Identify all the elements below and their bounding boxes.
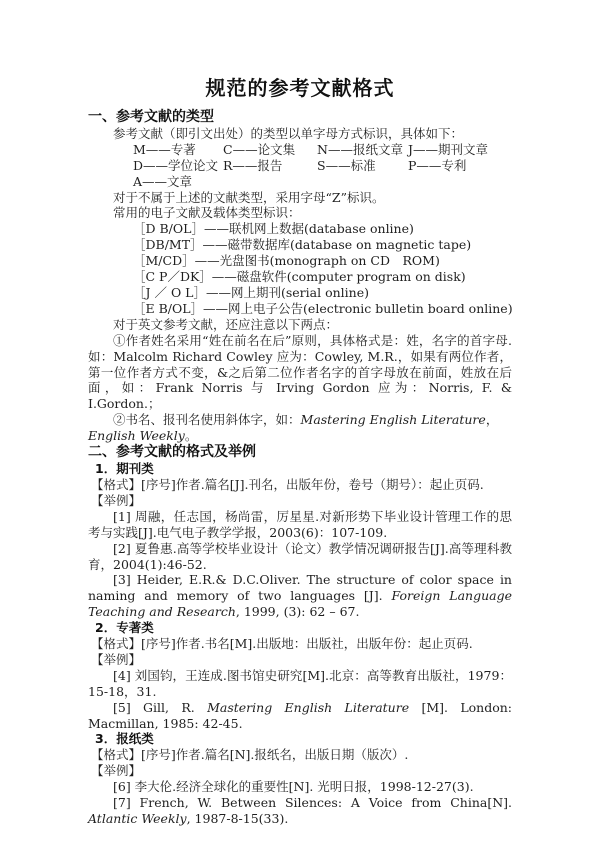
english-rule-author-names: ①作者姓名采用“姓在前名在后”原则，具体格式是：姓，名字的首字母. 如：Malc… — [88, 333, 512, 413]
entry-5-book-title: Mastering English Literature — [207, 700, 409, 715]
electronic-item-dbmt: ［DB/MT］——磁带数据库(database on magnetic tape… — [88, 237, 512, 253]
type-code-c: C——论文集 — [223, 142, 295, 158]
english-note-intro: 对于英文参考文献，还应注意以下两点： — [88, 317, 512, 333]
entry-7-text: [7] French, W. Between Silences: A Voice… — [113, 795, 512, 810]
italics-rule-prefix: ②书名、报刊名使用斜体字，如： — [113, 412, 301, 427]
reference-entry-6: [6] 李大伦.经济全球化的重要性[N]. 光明日报，1998-12-27(3)… — [88, 779, 512, 795]
type-code-p: P——专利 — [408, 158, 466, 174]
monograph-format-text: [序号]作者.书名[M].出版地：出版社，出版年份：起止页码. — [141, 636, 473, 651]
entry-6-text: [6] 李大伦.经济全球化的重要性[N]. 光明日报，1998-12-27(3)… — [113, 779, 474, 794]
type-code-d: D——学位论文 — [133, 158, 218, 174]
type-letter-row-1: M——专著 C——论文集 N——报纸文章 J——期刊文章 — [88, 142, 512, 158]
journal-format-line: 【格式】[序号]作者.篇名[J].刊名，出版年份，卷号（期号）：起止页码. — [88, 477, 512, 493]
entry-4-text: [4] 刘国钧，王连成.图书馆史研究[M].北京：高等教育出版社，1979：15… — [88, 668, 512, 699]
monograph-format-line: 【格式】[序号]作者.书名[M].出版地：出版社，出版年份：起止页码. — [88, 636, 512, 652]
entry-2-text: [2] 夏鲁惠.高等学校毕业设计（论文）教学情况调研报告[J].高等理科教育，2… — [88, 541, 512, 572]
subsection-title-newspaper: 3．报纸类 — [88, 731, 512, 747]
reference-entry-2: [2] 夏鲁惠.高等学校毕业设计（论文）教学情况调研报告[J].高等理科教育，2… — [88, 541, 512, 573]
journal-example-label: 【举例】 — [88, 493, 512, 509]
italic-example-title-1: Mastering English Literature — [301, 412, 486, 427]
section1-heading: 一、参考文献的类型 — [88, 109, 512, 126]
document-page: 规范的参考文献格式 一、参考文献的类型 参考文献（即引文出处）的类型以单字母方式… — [0, 0, 600, 850]
section2-heading: 二、参考文献的格式及举例 — [88, 444, 512, 461]
type-code-j: J——期刊文章 — [408, 142, 488, 158]
newspaper-example-label: 【举例】 — [88, 763, 512, 779]
format-label: 【格式】 — [91, 477, 141, 492]
format-label: 【格式】 — [91, 636, 141, 651]
electronic-item-dbol: ［D B/OL］——联机网上数据(database online) — [88, 221, 512, 237]
type-code-n: N——报纸文章 — [317, 142, 403, 158]
type-code-s: S——标准 — [317, 158, 376, 174]
italics-rule-separator: ， — [486, 412, 499, 427]
italics-rule-suffix: 。 — [185, 428, 198, 443]
subsection-title-monograph: 2．专著类 — [88, 620, 512, 636]
electronic-intro: 常用的电子文献及载体类型标识： — [88, 205, 512, 221]
monograph-example-label: 【举例】 — [88, 652, 512, 668]
entry-3-pages: , 1999, (3): 62 – 67. — [236, 604, 360, 619]
type-letter-row-3: A——文章 — [88, 174, 512, 190]
format-label: 【格式】 — [91, 747, 141, 762]
type-letter-row-2: D——学位论文 R——报告 S——标准 P——专利 — [88, 158, 512, 174]
entry-5-text: [5] Gill, R. — [113, 700, 207, 715]
electronic-item-mcd: ［M/CD］——光盘图书(monograph on CD ROM) — [88, 253, 512, 269]
entry-7-date: , 1987-8-15(33). — [187, 811, 289, 826]
type-code-m: M——专著 — [133, 142, 196, 158]
entry-1-text: [1] 周融，任志国，杨尚雷，厉星星.对新形势下毕业设计管理工作的思考与实践[J… — [88, 509, 512, 540]
reference-entry-4: [4] 刘国钧，王连成.图书馆史研究[M].北京：高等教育出版社，1979：15… — [88, 668, 512, 700]
document-title: 规范的参考文献格式 — [88, 76, 512, 100]
reference-entry-3: [3] Heider, E.R.& D.C.Oliver. The struct… — [88, 572, 512, 620]
subsection-title-journal: 1．期刊类 — [88, 461, 512, 477]
entry-7-newspaper-title: Atlantic Weekly — [88, 811, 187, 826]
type-code-r: R——报告 — [223, 158, 282, 174]
type-code-a: A——文章 — [133, 174, 192, 190]
z-note: 对于不属于上述的文献类型，采用字母“Z”标识。 — [88, 190, 512, 206]
reference-entry-1: [1] 周融，任志国，杨尚雷，厉星星.对新形势下毕业设计管理工作的思考与实践[J… — [88, 509, 512, 541]
newspaper-format-line: 【格式】[序号]作者.篇名[N].报纸名，出版日期（版次）. — [88, 747, 512, 763]
electronic-item-jol: ［J ／ O L］——网上期刊(serial online) — [88, 285, 512, 301]
journal-format-text: [序号]作者.篇名[J].刊名，出版年份，卷号（期号）：起止页码. — [141, 477, 484, 492]
electronic-item-ebol: ［E B/OL］——网上电子公告(electronic bulletin boa… — [88, 301, 512, 317]
section1-intro: 参考文献（即引文出处）的类型以单字母方式标识，具体如下： — [88, 126, 512, 142]
electronic-item-cpdk: ［C P／DK］——磁盘软件(computer program on disk) — [88, 269, 512, 285]
newspaper-format-text: [序号]作者.篇名[N].报纸名，出版日期（版次）. — [141, 747, 408, 762]
english-rule-italics: ②书名、报刊名使用斜体字，如：Mastering English Literat… — [88, 412, 512, 444]
italic-example-title-2: English Weekly — [88, 428, 185, 443]
reference-entry-5: [5] Gill, R. Mastering English Literatur… — [88, 700, 512, 732]
reference-entry-7: [7] French, W. Between Silences: A Voice… — [88, 795, 512, 827]
